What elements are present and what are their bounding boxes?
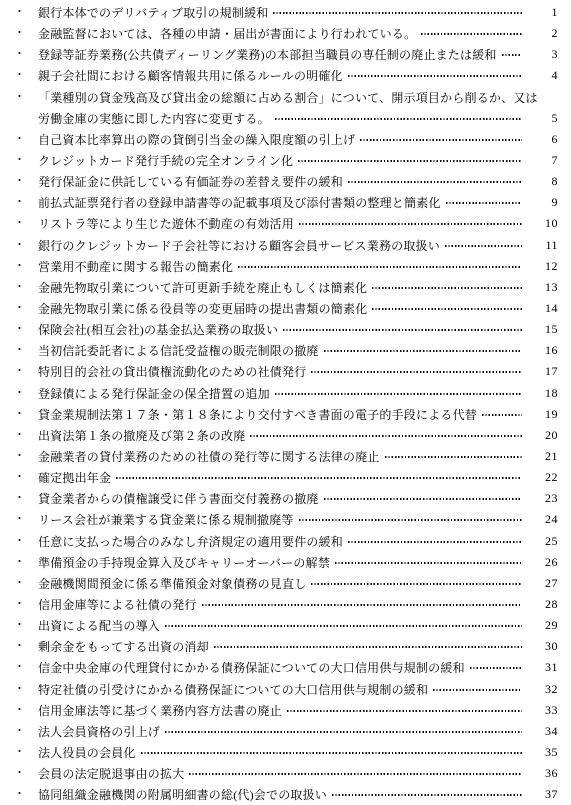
toc-item-text: 前払式証票発行者の登録申請書等の記載事項及び添付書類の整理と簡素化 [38, 194, 441, 211]
dot-leader-icon [202, 604, 522, 606]
bullet-icon: ・ [14, 768, 38, 779]
toc-item-text: 信金中央金庫の代理貸付にかかる債務保証についての大口信用供与規制の緩和 [38, 659, 465, 676]
toc-item-text: 保険会社(相互会社)の基金払込業務の取扱い [38, 321, 278, 338]
page-number: 34 [535, 724, 558, 739]
toc-row: 労働金庫の実態に即した内容に変更する。 5 [14, 108, 558, 129]
bullet-icon: ・ [14, 430, 38, 441]
page-number: 11 [535, 238, 558, 253]
toc-item-text: 発行保証金に供託している有価証券の差替え要件の緩和 [38, 173, 343, 190]
page-number: 6 [535, 132, 558, 147]
page-number: 2 [535, 26, 558, 41]
toc-row: ・ リストラ等により生じた遊休不動産の有効活用 10 [14, 213, 558, 234]
toc-row: ・ 法人会員資格の引上げ 34 [14, 721, 558, 742]
bullet-icon: ・ [14, 789, 38, 800]
toc-row: ・ 発行保証金に供託している有価証券の差替え要件の緩和 8 [14, 171, 558, 192]
toc-row: ・ 「業種別の貸金残高及び貸出金の総額に占める割合」について、開示項目から削るか… [14, 87, 558, 108]
page-number: 21 [535, 449, 558, 464]
toc-item-text: 任意に支払った場合のみなし弁済規定の適用要件の緩和 [38, 533, 343, 550]
bullet-icon: ・ [14, 197, 38, 208]
toc-item-text: 法人役員の会員化 [38, 744, 136, 761]
toc-item-text: 登録等証券業務(公共債ディーリング業務)の本部担当職員の専任制の廃止または緩和 [38, 46, 497, 63]
bullet-icon: ・ [14, 578, 38, 589]
dot-leader-icon [445, 245, 522, 247]
page-number: 23 [535, 491, 558, 506]
page-number: 33 [535, 703, 558, 718]
toc-row: ・ 出資による配当の導入 29 [14, 615, 558, 636]
document-page: ・ 銀行本体でのデリバティブ取引の規制緩和 1 ・ 金融監督においては、各種の申… [0, 0, 571, 805]
toc-row: ・ 法人役員の会員化 35 [14, 742, 558, 763]
toc-row: ・ 任意に支払った場合のみなし弁済規定の適用要件の緩和 25 [14, 531, 558, 552]
dot-leader-icon [299, 519, 522, 521]
toc-row: ・ クレジットカード発行手続の完全オンライン化 7 [14, 150, 558, 171]
dot-leader-icon [372, 287, 522, 289]
page-number: 14 [535, 301, 558, 316]
page-number: 7 [535, 153, 558, 168]
toc-row: ・ 信用金庫法等に基づく業務内容方法書の廃止 33 [14, 700, 558, 721]
toc-item-text: リース会社が兼業する貸金業に係る規制撤廃等 [38, 511, 294, 528]
toc-item-text: 確定拠出年金 [38, 469, 111, 486]
page-number: 36 [535, 766, 558, 781]
toc-item-text: 当初信託委託者による信託受益権の販売制限の撤廃 [38, 342, 319, 359]
toc-row: ・ 銀行本体でのデリバティブ取引の規制緩和 1 [14, 2, 558, 23]
toc-row: ・ 金融監督においては、各種の申請・届出が書面により行われている。 2 [14, 23, 558, 44]
dot-leader-icon [433, 689, 522, 691]
dot-leader-icon [283, 329, 522, 331]
bullet-icon: ・ [14, 218, 38, 229]
toc-row: ・ 金融機関間預金に係る準備預金対象債務の見直し 27 [14, 573, 558, 594]
toc-item-text: 特定社債の引受けにかかる債務保証についての大口信用供与規制の緩和 [38, 681, 428, 698]
toc-item-text: 金融監督においては、各種の申請・届出が書面により行われている。 [38, 25, 416, 42]
page-number: 31 [535, 660, 558, 675]
bullet-icon: ・ [14, 684, 38, 695]
toc-item-text: 信用金庫等による社債の発行 [38, 596, 197, 613]
page-number: 26 [535, 555, 558, 570]
bullet-icon: ・ [14, 409, 38, 420]
page-number: 12 [535, 259, 558, 274]
bullet-icon: ・ [14, 345, 38, 356]
bullet-icon: ・ [14, 155, 38, 166]
bullet-icon: ・ [14, 599, 38, 610]
dot-leader-icon [116, 477, 522, 479]
bullet-icon: ・ [14, 451, 38, 462]
page-number: 5 [535, 111, 558, 126]
toc-row: ・ 銀行のクレジットカード子会社等における顧客会員サービス業務の取扱い 11 [14, 235, 558, 256]
toc-row: ・ 貸金業規制法第１７条・第１８条により交付すべき書面の電子的手段による代替 1… [14, 404, 558, 425]
toc-item-text: 出資法第１条の撤廃及び第２条の改廃 [38, 427, 245, 444]
toc-item-text: 法人会員資格の引上げ [38, 723, 160, 740]
toc-row: ・ 信用金庫等による社債の発行 28 [14, 594, 558, 615]
page-number: 18 [535, 386, 558, 401]
dot-leader-icon [348, 75, 522, 77]
toc-row: ・ 保険会社(相互会社)の基金払込業務の取扱い 15 [14, 319, 558, 340]
dot-leader-icon [311, 583, 522, 585]
bullet-icon: ・ [14, 70, 38, 81]
page-number: 3 [535, 47, 558, 62]
bullet-icon: ・ [14, 240, 38, 251]
page-number: 4 [535, 68, 558, 83]
bullet-icon: ・ [14, 261, 38, 272]
bullet-icon: ・ [14, 472, 38, 483]
toc-row: ・ 金融業者の貸付業務のための社債の発行等に関する法律の廃止 21 [14, 446, 558, 467]
bullet-icon: ・ [14, 747, 38, 758]
dot-leader-icon [360, 139, 522, 141]
page-number: 35 [535, 745, 558, 760]
dot-leader-icon [238, 266, 522, 268]
dot-leader-icon [214, 646, 522, 648]
toc-row: ・ 確定拠出年金 22 [14, 467, 558, 488]
page-number: 8 [535, 174, 558, 189]
bullet-icon: ・ [14, 388, 38, 399]
toc-item-text: 準備預金の手持現金算入及びキャリーオーバーの解禁 [38, 554, 330, 571]
toc-row: ・ 出資法第１条の撤廃及び第２条の改廃 20 [14, 425, 558, 446]
toc-row: ・ 特別目的会社の貸出債権流動化のための社債発行 17 [14, 361, 558, 382]
page-number: 15 [535, 322, 558, 337]
page-number: 24 [535, 512, 558, 527]
dot-leader-icon [324, 498, 522, 500]
toc-row: ・ 親子会社間における顧客情報共用に係るルールの明確化 4 [14, 65, 558, 86]
toc-item-text: 金融機関間預金に係る準備預金対象債務の見直し [38, 575, 306, 592]
toc-item-text: 親子会社間における顧客情報共用に係るルールの明確化 [38, 67, 343, 84]
bullet-icon: ・ [14, 557, 38, 568]
dot-leader-icon [332, 794, 522, 796]
bullet-icon: ・ [14, 134, 38, 145]
dot-leader-icon [299, 223, 522, 225]
page-number: 37 [535, 787, 558, 802]
toc-item-text: 特別目的会社の貸出債権流動化のための社債発行 [38, 363, 306, 380]
bullet-icon: ・ [14, 324, 38, 335]
toc-row: ・ 自己資本比率算出の際の貸倒引当金の繰入限度額の引上げ 6 [14, 129, 558, 150]
dot-leader-icon [446, 202, 522, 204]
bullet-icon: ・ [14, 514, 38, 525]
bullet-icon: ・ [14, 536, 38, 547]
page-number: 13 [535, 280, 558, 295]
toc-item-text: 貸金業者からの債権譲受に伴う書面交付義務の撤廃 [38, 490, 319, 507]
dot-leader-icon [311, 371, 522, 373]
dot-leader-icon [141, 752, 522, 754]
dot-leader-icon [470, 667, 522, 669]
dot-leader-icon [324, 350, 522, 352]
bullet-icon: ・ [14, 726, 38, 737]
dot-leader-icon [287, 710, 522, 712]
bullet-icon: ・ [14, 641, 38, 652]
toc-item-text: 自己資本比率算出の際の貸倒引当金の繰入限度額の引上げ [38, 131, 355, 148]
page-number: 27 [535, 576, 558, 591]
toc-row: ・ 金融先物取引業に係る役員等の変更届時の提出書類の簡素化 14 [14, 298, 558, 319]
dot-leader-icon [250, 435, 522, 437]
page-number: 22 [535, 470, 558, 485]
page-number: 9 [535, 195, 558, 210]
toc-item-text: 剰余金をもってする出資の消却 [38, 638, 209, 655]
dot-leader-icon [335, 562, 522, 564]
toc-item-text: 会員の法定脱退事由の拡大 [38, 765, 184, 782]
toc-row: ・ 前払式証票発行者の登録申請書等の記載事項及び添付書類の整理と簡素化 9 [14, 192, 558, 213]
toc-row: ・ 営業用不動産に関する報告の簡素化 12 [14, 256, 558, 277]
page-number: 30 [535, 639, 558, 654]
toc-item-text: 金融先物取引業に係る役員等の変更届時の提出書類の簡素化 [38, 300, 367, 317]
toc-row: ・ リース会社が兼業する貸金業に係る規制撤廃等 24 [14, 509, 558, 530]
dot-leader-icon [165, 625, 522, 627]
toc-item-text: 出資による配当の導入 [38, 617, 160, 634]
toc-row: ・ 剰余金をもってする出資の消却 30 [14, 636, 558, 657]
dot-leader-icon [273, 12, 522, 14]
toc-row: ・ 信金中央金庫の代理貸付にかかる債務保証についての大口信用供与規制の緩和 31 [14, 657, 558, 678]
toc-item-text: 銀行本体でのデリバティブ取引の規制緩和 [38, 4, 268, 21]
bullet-icon: ・ [14, 28, 38, 39]
dot-leader-icon [348, 541, 522, 543]
bullet-icon: ・ [14, 366, 38, 377]
page-number: 25 [535, 534, 558, 549]
toc-item-text: リストラ等により生じた遊休不動産の有効活用 [38, 215, 294, 232]
bullet-icon: ・ [14, 662, 38, 673]
dot-leader-icon [275, 393, 522, 395]
toc-row: ・ 登録等証券業務(公共債ディーリング業務)の本部担当職員の専任制の廃止または緩… [14, 44, 558, 65]
toc-row: ・ 金融先物取引業について許可更新手続を廃止もしくは簡素化 13 [14, 277, 558, 298]
bullet-icon: ・ [14, 176, 38, 187]
toc-item-text: 金融業者の貸付業務のための社債の発行等に関する法律の廃止 [38, 448, 380, 465]
page-number: 16 [535, 343, 558, 358]
toc-item-text: 営業用不動産に関する報告の簡素化 [38, 258, 233, 275]
toc-row: ・ 当初信託委託者による信託受益権の販売制限の撤廃 16 [14, 340, 558, 361]
dot-leader-icon [348, 181, 522, 183]
bullet-icon: ・ [14, 493, 38, 504]
page-number: 10 [535, 216, 558, 231]
toc-item-text: クレジットカード発行手続の完全オンライン化 [38, 152, 293, 169]
bullet-icon: ・ [14, 620, 38, 631]
toc-item-text: 貸金業規制法第１７条・第１８条により交付すべき書面の電子的手段による代替 [38, 406, 477, 423]
bullet-icon: ・ [14, 303, 38, 314]
dot-leader-icon [502, 54, 522, 56]
page-number: 29 [535, 618, 558, 633]
toc-item-text: 「業種別の貸金残高及び貸出金の総額に占める割合」について、開示項目から削るか、又… [38, 89, 538, 106]
dot-leader-icon [189, 773, 522, 775]
page-number: 20 [535, 428, 558, 443]
page-number: 28 [535, 597, 558, 612]
page-number: 19 [535, 407, 558, 422]
toc-item-text: 銀行のクレジットカード子会社等における顧客会員サービス業務の取扱い [38, 237, 440, 254]
dot-leader-icon [421, 33, 522, 35]
page-number: 32 [535, 682, 558, 697]
toc-row: ・ 準備預金の手持現金算入及びキャリーオーバーの解禁 26 [14, 552, 558, 573]
toc-row: ・ 協同組織金融機関の附属明細書の総(代)会での取扱い 37 [14, 784, 558, 805]
bullet-icon: ・ [14, 7, 38, 18]
toc-item-text: 登録債による発行保証金の保全措置の追加 [38, 385, 270, 402]
toc-item-text: 金融先物取引業について許可更新手続を廃止もしくは簡素化 [38, 279, 367, 296]
bullet-icon: ・ [14, 92, 38, 103]
toc-row: ・ 登録債による発行保証金の保全措置の追加 18 [14, 383, 558, 404]
dot-leader-icon [385, 456, 522, 458]
page-number: 1 [535, 5, 558, 20]
dot-leader-icon [165, 731, 522, 733]
dot-leader-icon [482, 414, 522, 416]
page-number: 17 [535, 364, 558, 379]
toc-item-text: 信用金庫法等に基づく業務内容方法書の廃止 [38, 702, 282, 719]
toc-row: ・ 貸金業者からの債権譲受に伴う書面交付義務の撤廃 23 [14, 488, 558, 509]
dot-leader-icon [275, 118, 522, 120]
bullet-icon: ・ [14, 49, 38, 60]
toc-row: ・ 特定社債の引受けにかかる債務保証についての大口信用供与規制の緩和 32 [14, 679, 558, 700]
toc-item-text: 労働金庫の実態に即した内容に変更する。 [38, 110, 270, 127]
bullet-icon: ・ [14, 282, 38, 293]
bullet-icon: ・ [14, 705, 38, 716]
dot-leader-icon [372, 308, 522, 310]
dot-leader-icon [298, 160, 522, 162]
toc-item-text: 協同組織金融機関の附属明細書の総(代)会での取扱い [38, 786, 327, 803]
toc-row: ・ 会員の法定脱退事由の拡大 36 [14, 763, 558, 784]
